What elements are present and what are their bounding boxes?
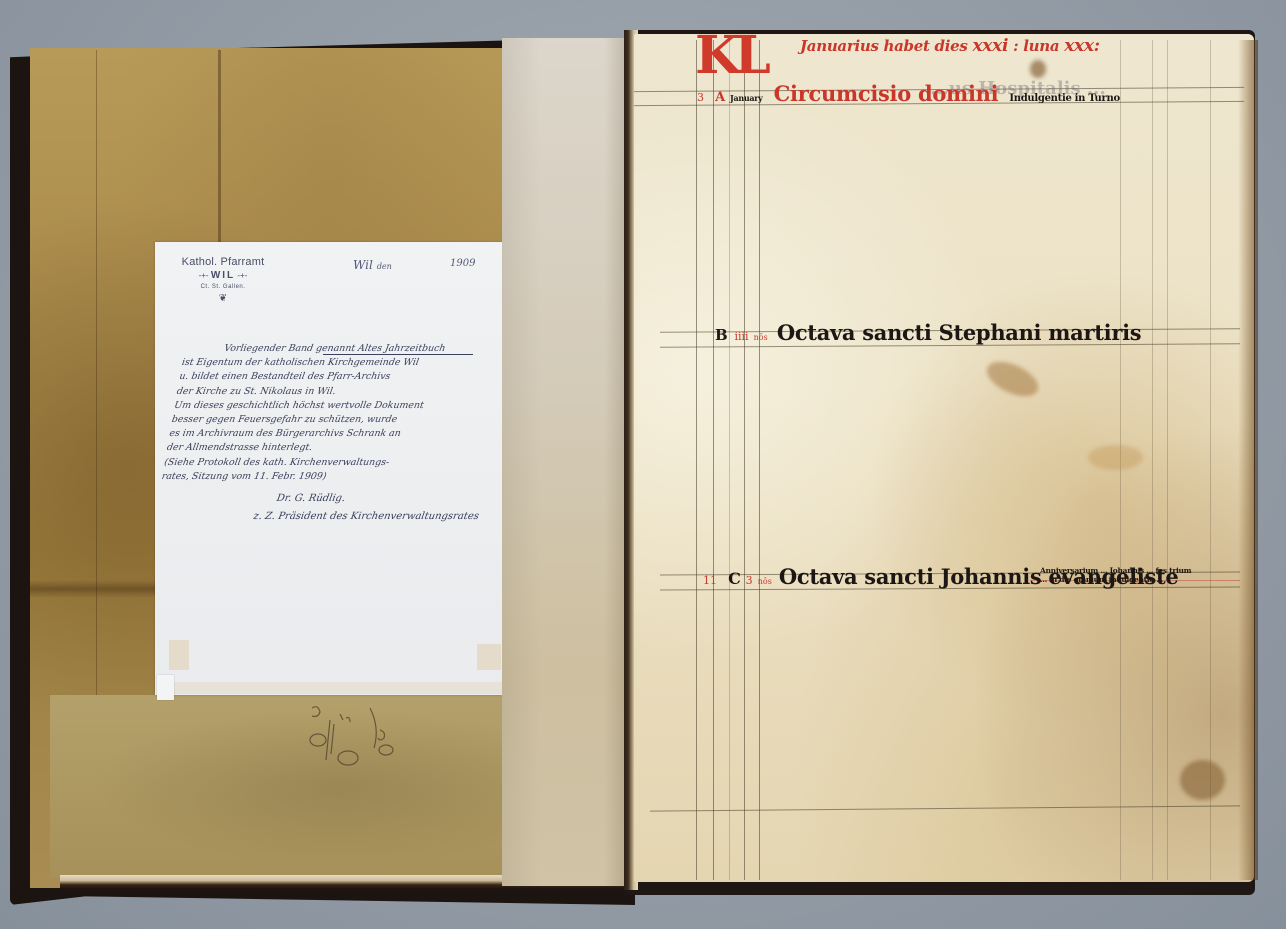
golden-number: 3 [697, 91, 704, 104]
letter-line: rates, Sitzung vom 11. Febr. 1909) [160, 470, 481, 484]
letter-signature-title: z. Z. Präsident des Kirchenverwaltungsra… [252, 508, 485, 526]
ruling-column [713, 40, 714, 880]
roman-date: iiii [734, 330, 748, 343]
flyleaf [502, 38, 630, 886]
letter-line: ist Eigentum der katholischen Kirchgemei… [181, 356, 502, 370]
feast-name: Octava sancti Stephani martiris [777, 320, 1141, 345]
calendar-row: B iiii nōs Octava sancti Stephani martir… [715, 320, 1141, 345]
letter-underline [323, 354, 473, 355]
feast-note: Indulgentie in Turno [1009, 93, 1119, 104]
dominical-letter: B [715, 326, 727, 344]
letterhead-town: WIL [163, 270, 283, 281]
tape-corner [157, 675, 174, 700]
anniversary-note-line: Anniversarium ... Iohannis ... fes trium [1040, 566, 1191, 575]
water-stain [1180, 760, 1225, 800]
letter-year: 1909 [450, 258, 475, 269]
ruling-column [744, 40, 745, 880]
water-stain [1088, 445, 1143, 470]
date-label: January [730, 93, 763, 103]
tape-strip [169, 640, 189, 670]
kl-initial: KL [695, 30, 765, 82]
ruling-column [729, 40, 730, 880]
letterhead: Kathol. Pfarramt WIL Ct. St. Gallen. ❦ [163, 256, 283, 304]
letterhead-ornament-icon: ❦ [163, 293, 283, 304]
feast-name: Circumcisio domini [774, 81, 999, 106]
ruling-column [1210, 40, 1211, 880]
month-heading-text: Januarius habet dies [800, 37, 968, 55]
ink-spot [1030, 60, 1046, 78]
anniversary-note: Anniversarium ... Iohannis ... fes trium… [1040, 566, 1191, 584]
golden-number: 11 [703, 574, 717, 587]
letter-line: Um dieses geschichtlich höchst wertvolle… [173, 399, 494, 413]
letter-line: (Siehe Protokoll des kath. Kirchenverwal… [163, 456, 484, 470]
letter-line: es im Archivraum des Bürgerarchivs Schra… [168, 427, 489, 441]
pasted-letter: Kathol. Pfarramt WIL Ct. St. Gallen. ❦ W… [155, 242, 502, 695]
ruling-column [1152, 40, 1153, 880]
letter-line: besser gegen Feuersgefahr zu schützen, w… [170, 413, 491, 427]
letterhead-organization: Kathol. Pfarramt [163, 256, 283, 268]
letter-signature-block: Dr. G. Rüdlig. z. Z. Präsident des Kirch… [252, 490, 488, 526]
letter-signature: Dr. G. Rüdlig. [255, 490, 488, 508]
month-heading: Januarius habet dies xxxi : luna xxx: [800, 36, 1100, 56]
letter-line: der Allmendstrasse hinterlegt. [165, 441, 486, 455]
letterhead-canton: Ct. St. Gallen. [163, 284, 283, 290]
anniversary-note-line: ... in die omnium indulgentie ... [1040, 575, 1191, 584]
letter-line: u. bildet einen Bestandteil des Pfarr-Ar… [178, 370, 499, 384]
dominical-letter: A [715, 90, 725, 105]
tape-strip [477, 644, 501, 670]
pencil-marks [300, 700, 410, 810]
month-heading-separator: : [1013, 37, 1018, 55]
roman-date: 3 [746, 574, 753, 587]
letter-backing-strip [173, 682, 503, 694]
manuscript-page [634, 34, 1254, 882]
pastedown-crease [218, 50, 221, 250]
letter-line: der Kirche zu St. Nikolaus in Wil. [176, 385, 497, 399]
ruling-column [1167, 40, 1168, 880]
page-edge-shadow [1238, 40, 1258, 880]
luna-label: luna [1023, 37, 1059, 55]
ruling-column [759, 40, 760, 880]
letter-place-suffix: den [377, 262, 392, 271]
letter-body: Vorliegender Band genannt Altes Jahrzeit… [160, 342, 503, 484]
letter-place-name: Wil [353, 258, 373, 272]
dominical-letter: C [728, 569, 740, 588]
pastedown-lower-panel [50, 695, 530, 878]
letter-place: Wilden [353, 258, 392, 272]
month-days-numeral: xxxi [972, 36, 1008, 56]
date-label: nōs [758, 577, 772, 586]
luna-numeral: xxx: [1064, 36, 1099, 56]
calendar-row: 3 A January Circumcisio domini Indulgent… [697, 81, 1120, 106]
ruling-column [696, 40, 697, 880]
date-label: nōs [754, 333, 768, 342]
